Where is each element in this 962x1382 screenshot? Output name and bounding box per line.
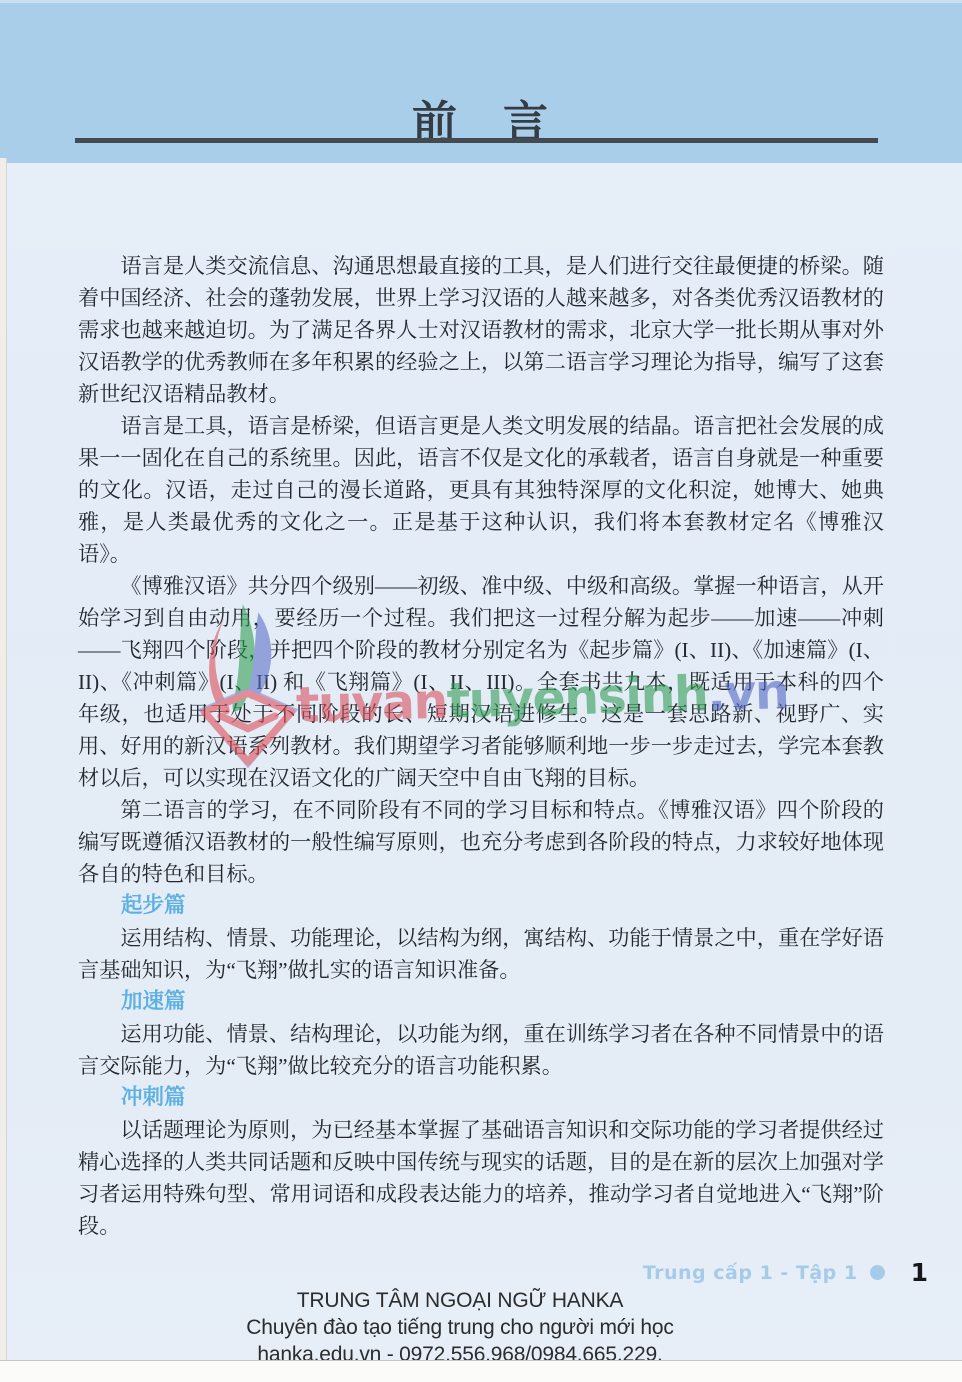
paragraph: 以话题理论为原则，为已经基本掌握了基础语言知识和交际功能的学习者提供经过精心选择…	[78, 1114, 884, 1242]
page-number: 1	[911, 1258, 928, 1287]
scan-bottom-edge	[0, 1360, 962, 1382]
page-marker: Trung cấp 1 - Tập 1 1	[643, 1258, 928, 1287]
section-heading-jiasupian: 加速篇	[78, 986, 884, 1018]
scan-left-edge	[0, 158, 7, 1382]
title-double-rule	[75, 138, 878, 143]
paragraph: 语言是工具，语言是桥梁，但语言更是人类文明发展的结晶。语言把社会发展的成果一一固…	[78, 410, 884, 570]
footer-center-block: TRUNG TÂM NGOẠI NGỮ HANKA Chuyên đào tạo…	[0, 1287, 920, 1368]
section-heading-qibupian: 起步篇	[78, 890, 884, 922]
preface-body: 语言是人类交流信息、沟通思想最直接的工具，是人们进行交往最便捷的桥梁。随着中国经…	[78, 250, 884, 1242]
footer-tagline: Chuyên đào tạo tiếng trung cho người mới…	[0, 1314, 920, 1341]
section-heading-chongcipian: 冲刺篇	[78, 1082, 884, 1114]
paragraph: 运用功能、情景、结构理论，以功能为纲，重在训练学习者在各种不同情景中的语言交际能…	[78, 1018, 884, 1082]
header-band: 前言	[0, 0, 962, 163]
series-label: Trung cấp 1 - Tập 1	[643, 1262, 858, 1284]
paragraph: 运用结构、情景、功能理论，以结构为纲，寓结构、功能于情景之中，重在学好语言基础知…	[78, 922, 884, 986]
paragraph: 《博雅汉语》共分四个级别——初级、准中级、中级和高级。掌握一种语言，从开始学习到…	[78, 570, 884, 794]
dot-icon	[870, 1265, 885, 1280]
paragraph: 语言是人类交流信息、沟通思想最直接的工具，是人们进行交往最便捷的桥梁。随着中国经…	[78, 250, 884, 410]
footer-org-name: TRUNG TÂM NGOẠI NGỮ HANKA	[0, 1287, 920, 1314]
scanned-preface-page: 前言 语言是人类交流信息、沟通思想最直接的工具，是人们进行交往最便捷的桥梁。随着…	[0, 0, 962, 1382]
scan-top-edge	[0, 0, 962, 3]
paragraph: 第二语言的学习，在不同阶段有不同的学习目标和特点。《博雅汉语》四个阶段的编写既遵…	[78, 794, 884, 890]
